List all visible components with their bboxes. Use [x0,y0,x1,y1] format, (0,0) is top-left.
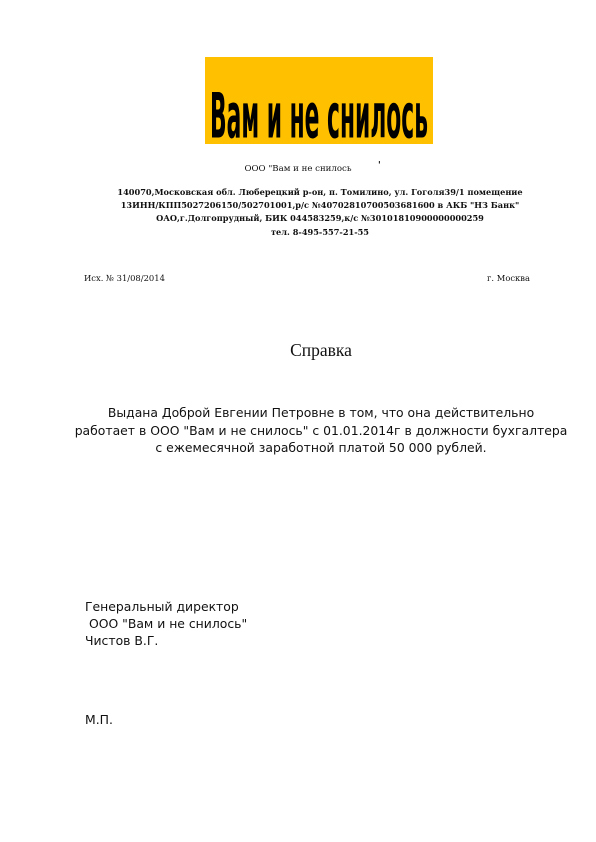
signature-company: ООО "Вам и не снилось" [85,615,247,632]
company-mark: ' [378,161,381,171]
requisites-line: 13ИНН/КПП5027206150/502701001,р/с №40702… [0,199,596,212]
svg-text:Вам и не снилось: Вам и не снилось [210,82,428,144]
requisites-line: тел. 8-495-557-21-55 [0,226,596,239]
company-requisites: 140070,Московская обл. Люберецкий р-он, … [0,186,596,239]
signature-position: Генеральный директор [85,598,247,615]
document-body: Выдана Доброй Евгении Петровне в том, чт… [0,404,596,457]
body-line: работает в ООО "Вам и не снилось" с 01.0… [0,422,596,440]
company-name-text: ООО "Вам и не снилось [244,164,351,174]
outgoing-number: Исх. № 31/08/2014 [84,273,165,283]
requisites-line: ОАО,г.Долгопрудный, БИК 044583259,к/с №3… [0,212,596,225]
city: г. Москва [487,273,530,283]
body-line: с ежемесячной заработной платой 50 000 р… [0,439,596,457]
company-name: ООО "Вам и не снилось ' [0,164,596,174]
document-title: Справка [0,340,596,361]
body-line: Выдана Доброй Евгении Петровне в том, чт… [0,404,596,422]
requisites-line: 140070,Московская обл. Люберецкий р-он, … [0,186,596,199]
company-logo-banner: Вам и не снилось [205,57,433,144]
document-page: Вам и не снилось ООО "Вам и не снилось '… [0,0,596,842]
signature-name: Чистов В.Г. [85,632,247,649]
signature-block: Генеральный директор ООО "Вам и не снило… [85,598,247,649]
logo-wordart: Вам и не снилось [205,57,433,144]
stamp-place: М.П. [85,712,113,727]
